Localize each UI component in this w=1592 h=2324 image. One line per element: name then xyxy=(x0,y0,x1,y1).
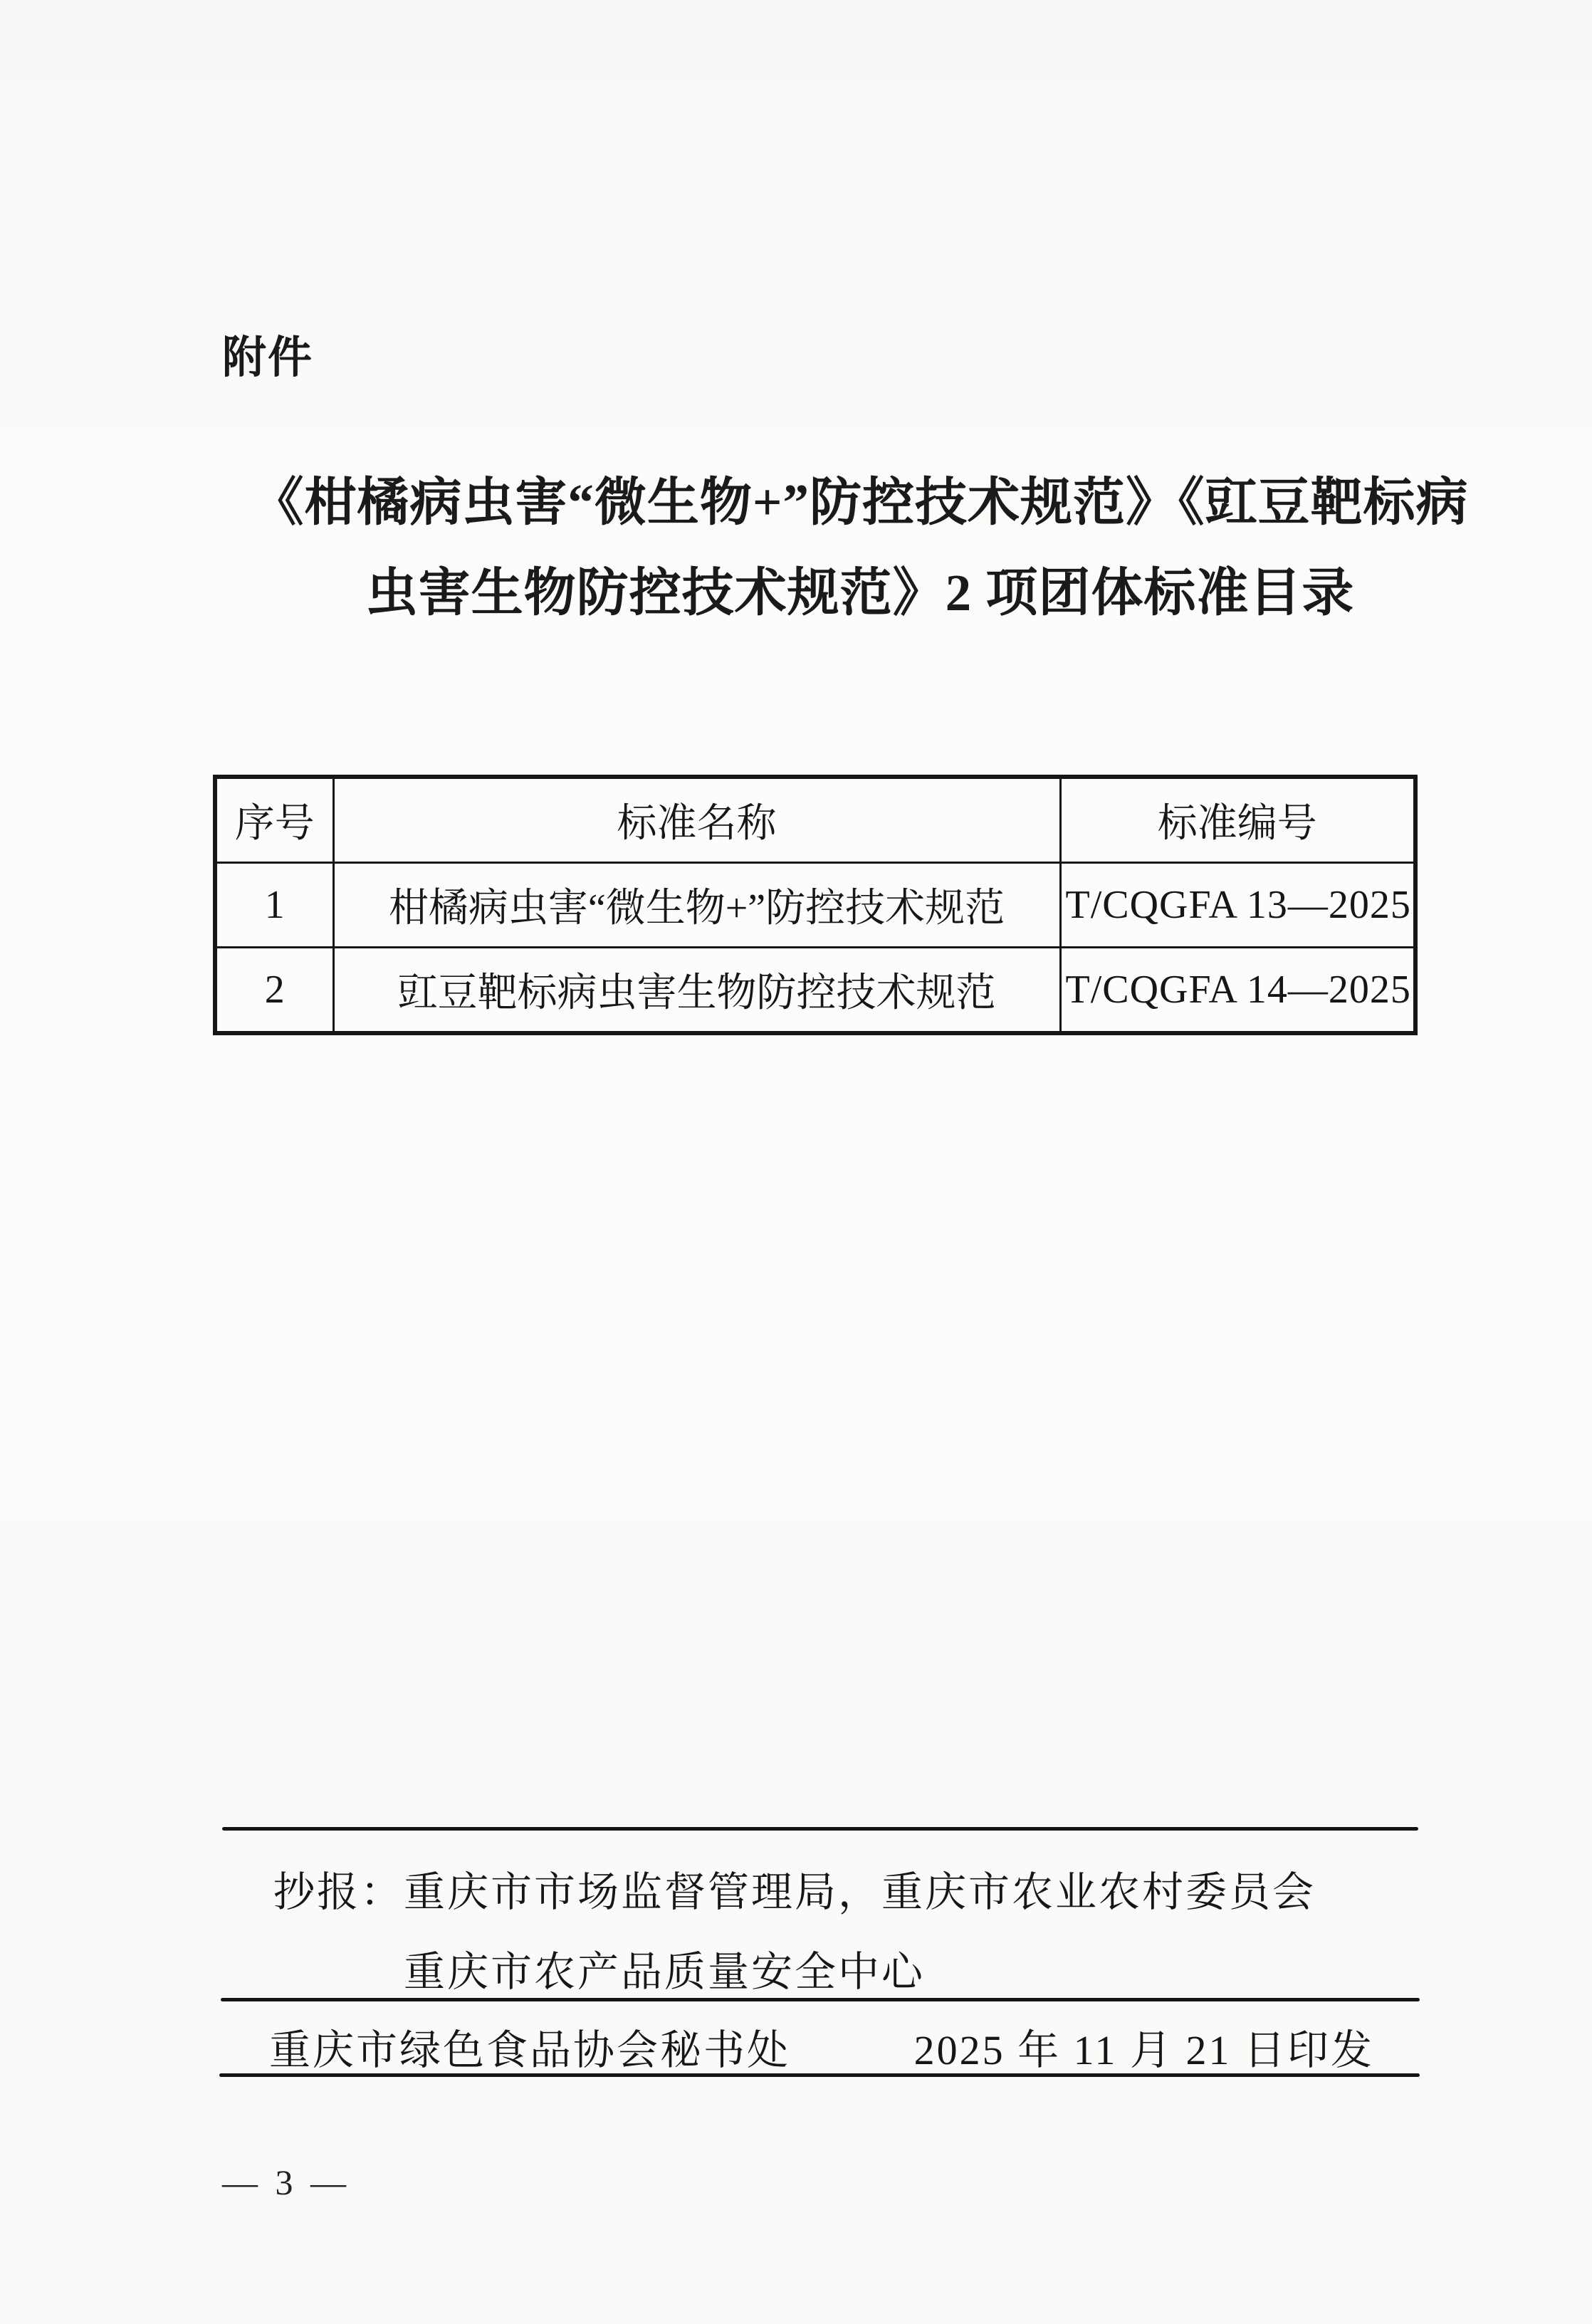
footer-divider-bottom xyxy=(219,2073,1420,2077)
title-line-2: 虫害生物防控技术规范》2 项团体标准目录 xyxy=(128,548,1592,638)
standards-table: 序号 标准名称 标准编号 1 柑橘病虫害“微生物+”防控技术规范 T/CQGFA… xyxy=(213,775,1418,1035)
cell-serial-number: 2 xyxy=(215,948,333,1034)
attachment-label: 附件 xyxy=(222,322,313,385)
cc-recipients-line-1: 重庆市市场监督管理局，重庆市农业农村委员会 xyxy=(404,1869,1316,1915)
print-date: 2025 年 11 月 21 日印发 xyxy=(914,2016,1374,2076)
table-row: 2 豇豆靶标病虫害生物防控技术规范 T/CQGFA 14—2025 xyxy=(215,948,1415,1034)
table-row: 1 柑橘病虫害“微生物+”防控技术规范 T/CQGFA 13—2025 xyxy=(215,863,1415,948)
header-serial-number: 序号 xyxy=(215,777,333,863)
cell-serial-number: 1 xyxy=(215,863,333,948)
table-header-row: 序号 标准名称 标准编号 xyxy=(215,777,1415,863)
header-standard-name: 标准名称 xyxy=(333,777,1060,863)
cell-standard-name: 豇豆靶标病虫害生物防控技术规范 xyxy=(333,948,1060,1034)
cc-label: 抄报： xyxy=(273,1869,404,1915)
document-page: 附件 《柑橘病虫害“微生物+”防控技术规范》《豇豆靶标病 虫害生物防控技术规范》… xyxy=(0,0,1592,2324)
footer-divider-middle xyxy=(221,1998,1420,2001)
imprint-line: 重庆市绿色食品协会秘书处 2025 年 11 月 21 日印发 xyxy=(269,2016,1374,2076)
footer-divider-top xyxy=(222,1827,1418,1831)
cc-recipients-line-2: 重庆市农产品质量安全中心 xyxy=(404,1938,925,1998)
page-number: — 3 — xyxy=(222,2162,350,2203)
title-line-1: 《柑橘病虫害“微生物+”防控技术规范》《豇豆靶标病 xyxy=(128,457,1592,548)
cell-standard-name: 柑橘病虫害“微生物+”防控技术规范 xyxy=(333,863,1060,948)
document-title: 《柑橘病虫害“微生物+”防控技术规范》《豇豆靶标病 虫害生物防控技术规范》2 项… xyxy=(128,457,1592,638)
cell-standard-code: T/CQGFA 14—2025 xyxy=(1060,948,1415,1034)
cc-line-1: 抄报：重庆市市场监督管理局，重庆市农业农村委员会 xyxy=(273,1858,1316,1918)
cell-standard-code: T/CQGFA 13—2025 xyxy=(1060,863,1415,948)
header-standard-code: 标准编号 xyxy=(1060,777,1415,863)
issuer-name: 重庆市绿色食品协会秘书处 xyxy=(269,2016,790,2076)
